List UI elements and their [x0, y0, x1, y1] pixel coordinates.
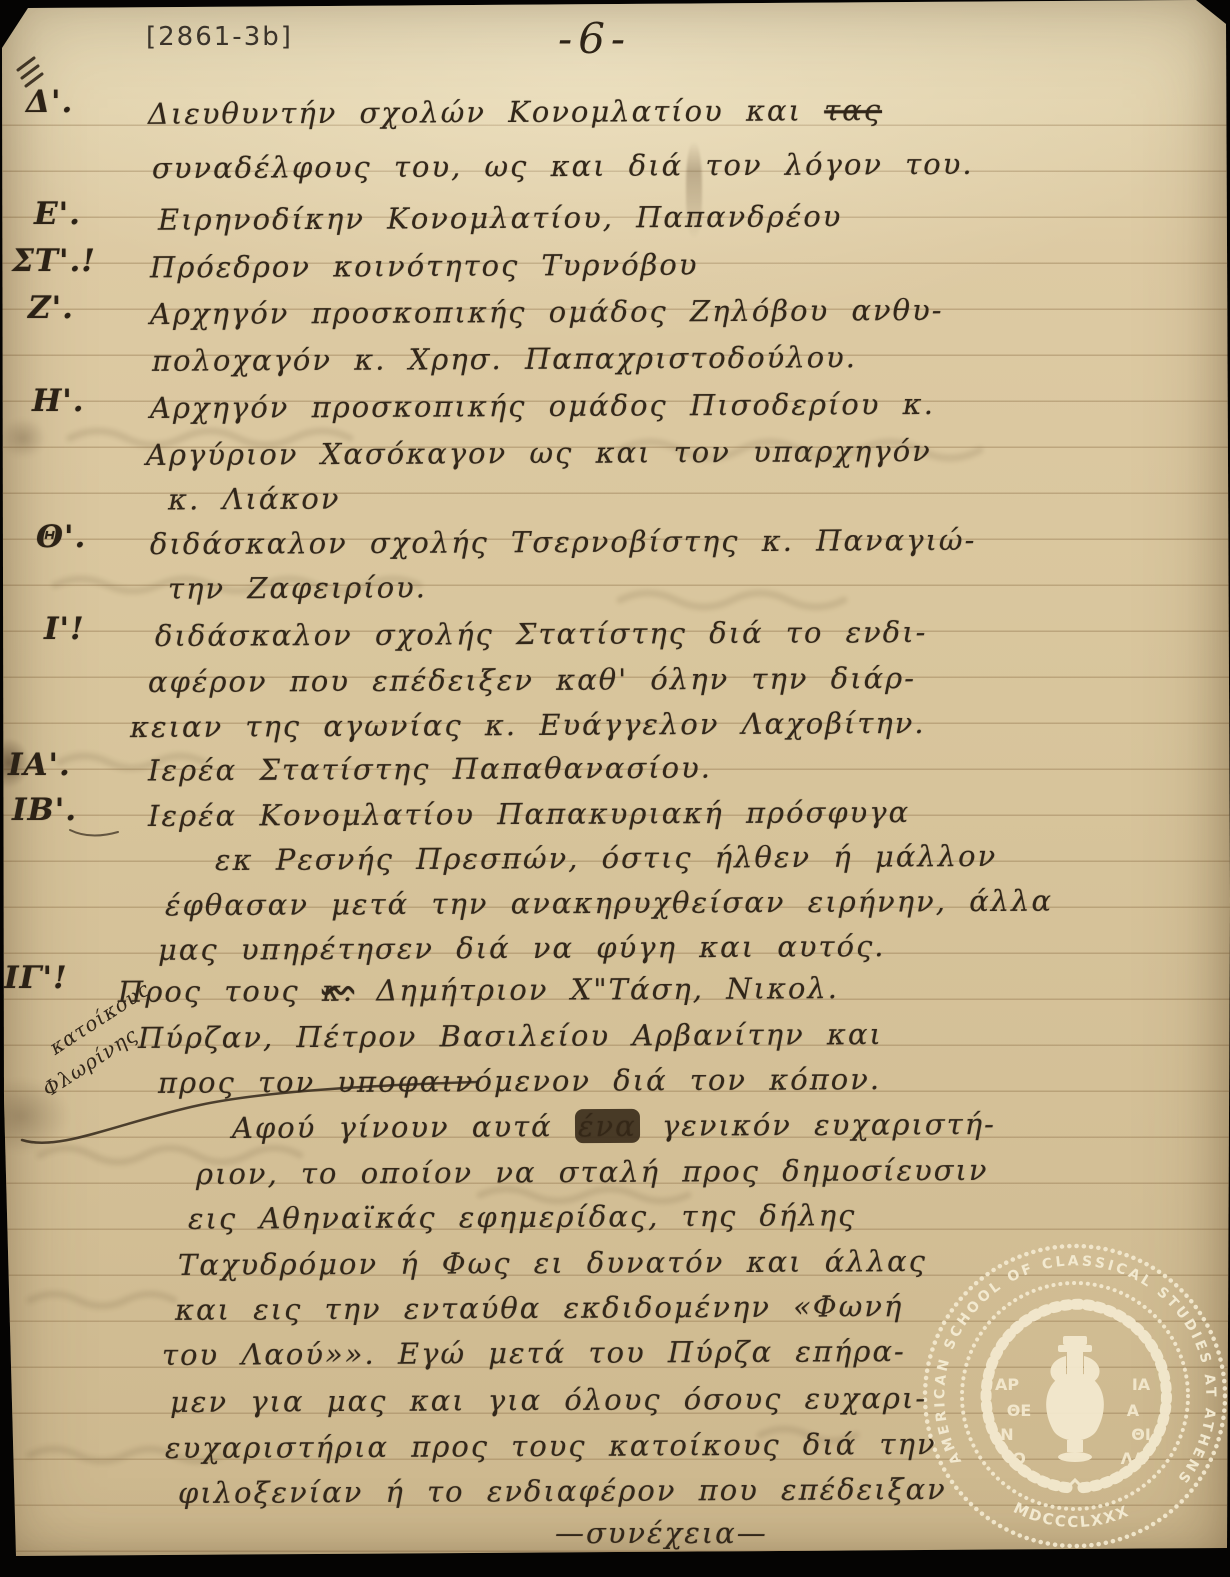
manuscript-line: Ειρηνοδίκην Κονομλατίου, Παπανδρέου [158, 199, 843, 237]
manuscript-line: Ιερέα Στατίστης Παπαθανασίου. [148, 751, 712, 788]
manuscript-line: εκ Ρεσνής Πρεσπών, όστις ήλθεν ή μάλλον [215, 839, 997, 877]
manuscript-line: Αργύριον Χασόκαγον ως και τον υπαρχηγόν [146, 434, 932, 472]
struck-word: τας [824, 93, 882, 127]
margin-label-eta: Η'. [32, 383, 85, 419]
svg-text:Ν: Ν [1000, 1425, 1013, 1444]
manuscript-line: του Λαού»». Εγώ μετά του Πύρζα επήρα- [162, 1334, 906, 1372]
margin-label-zeta: Ζ'. [28, 290, 74, 326]
manuscript-line: Ταχυδρόμον ή Φως ει δυνατόν και άλλας [178, 1244, 927, 1282]
manuscript-line: μεν για μας και για όλους όσους ευχαρι- [170, 1381, 927, 1419]
manuscript-line: Προς τους κ. Δημήτριον Χ"Τάση, Νικολ. [118, 971, 839, 1009]
manuscript-line: ευχαριστήρια προς τους κατοίκους διά την [165, 1427, 937, 1465]
margin-label-theta: Θ'. [36, 519, 86, 555]
manuscript-page: AMERICAN SCHOOL OF CLASSICAL STUDIES AT … [0, 0, 1230, 1577]
manuscript-line: κ. Λιάκον [168, 482, 341, 517]
manuscript-line: Πρόεδρον κοινότητος Τυρνόβου [150, 248, 699, 285]
svg-text:Ο: Ο [1012, 1449, 1026, 1468]
manuscript-line: μας υπηρέτησεν διά να φύγη και αυτός. [158, 929, 886, 967]
manuscript-line: πολοχαγόν κ. Χρησ. Παπαχριστοδούλου. [152, 340, 857, 378]
archival-reference: [2861-3b] [146, 22, 293, 52]
manuscript-line: αφέρον που επέδειξεν καθ' όλην την διάρ- [148, 661, 916, 699]
manuscript-line: Αρχηγόν προσκοπικής ομάδος Πισοδερίου κ. [150, 387, 935, 425]
library-seal-stamp: AMERICAN SCHOOL OF CLASSICAL STUDIES AT … [915, 1238, 1230, 1560]
manuscript-line: Διευθυντήν σχολών Κονομλατίου και τας [148, 93, 882, 131]
svg-text:Α: Α [1127, 1401, 1140, 1420]
manuscript-line: ριον, το οποίον να σταλή προς δημοσίευσι… [196, 1153, 989, 1191]
photo-background: AMERICAN SCHOOL OF CLASSICAL STUDIES AT … [0, 0, 1230, 1577]
manuscript-line: φιλοξενίαν ή το ενδιαφέρον που επέδειξαν [178, 1472, 947, 1510]
svg-text:ΘΕ: ΘΕ [1007, 1401, 1032, 1420]
manuscript-line: διδάσκαλον σχολής Τσερνοβίστης κ. Παναγι… [150, 523, 977, 561]
manuscript-line: διδάσκαλον σχολής Στατίστης διά το ενδι- [155, 615, 928, 653]
blotted-out-word: ένα [575, 1109, 640, 1143]
manuscript-line: κειαν της αγωνίας κ. Ευάγγελον Λαχοβίτην… [130, 706, 926, 744]
manuscript-line: Πύρζαν, Πέτρον Βασιλείου Αρβανίτην και [138, 1017, 883, 1055]
margin-label-stigma: ΣΤ'.! [12, 243, 96, 279]
scribbled-out-word: κ. [322, 974, 354, 1008]
continuation-mark: —συνέχεια— [555, 1516, 768, 1550]
svg-text:ΙΑ: ΙΑ [1132, 1375, 1151, 1394]
svg-text:ΛΑ: ΛΑ [1121, 1449, 1146, 1468]
page-number: -6- [558, 14, 631, 63]
manuscript-line: εις Αθηναϊκάς εφημερίδας, της δήλης [188, 1198, 856, 1235]
manuscript-line: έφθασαν μετά την ανακηρυχθείσαν ειρήνην,… [165, 884, 1053, 923]
margin-label-iota-beta: ΙΒ'. [12, 792, 77, 828]
manuscript-line: Αφού γίνουν αυτά ένα γενικόν ευχαριστή- [232, 1107, 996, 1145]
margin-label-iota-alpha: ΙΑ'. [8, 747, 71, 783]
margin-label-iota-gamma: ΙΓ'! [4, 960, 68, 996]
manuscript-line: Αρχηγόν προσκοπικής ομάδος Ζηλόβου ανθυ- [150, 293, 944, 331]
svg-text:ΘΙ: ΘΙ [1131, 1425, 1151, 1444]
amphora-icon [1046, 1336, 1104, 1462]
svg-text:ΑΡ: ΑΡ [995, 1375, 1019, 1394]
manuscript-line: Ιερέα Κονομλατίου Παπακυριακή πρόσφυγα [148, 795, 910, 833]
manuscript-line: και εις την ενταύθα εκδιδομένην «Φωνή [175, 1289, 903, 1327]
margin-label-iota: Ι'! [44, 611, 85, 647]
margin-label-delta: Δ'. [26, 84, 73, 120]
manuscript-line: την Ζαφειρίου. [168, 570, 427, 605]
margin-label-epsilon: Ε'. [34, 196, 81, 232]
manuscript-line: προς τον υποφαινόμενον διά τον κόπον. [158, 1062, 881, 1100]
manuscript-line: συναδέλφους του, ως και διά τον λόγον το… [152, 147, 974, 185]
